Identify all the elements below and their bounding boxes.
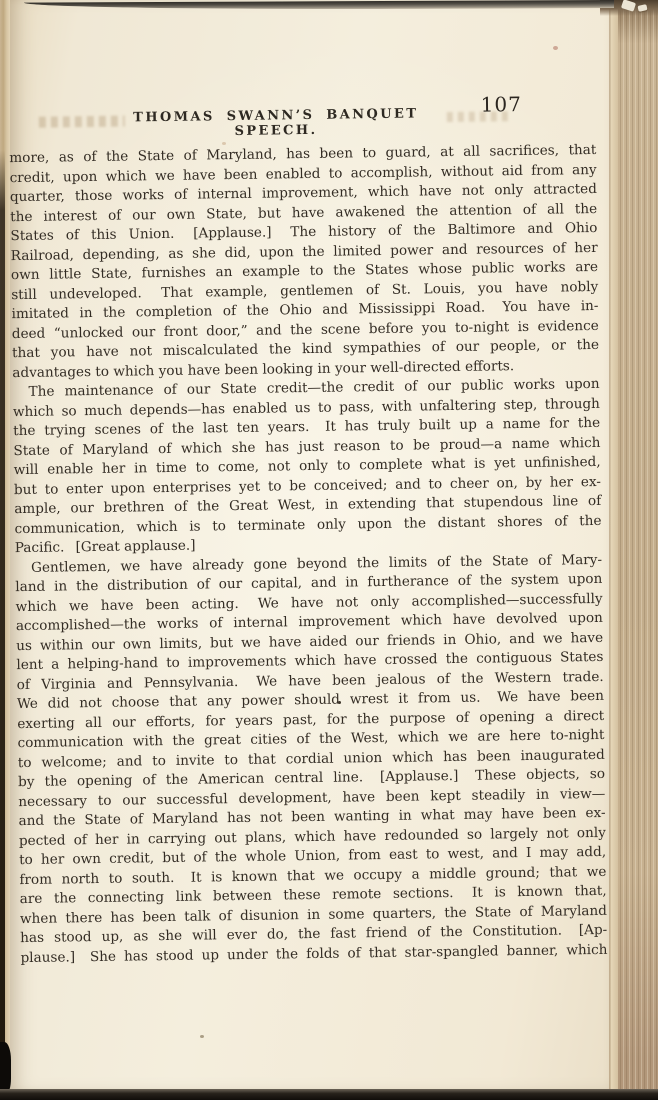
foxing-spot (200, 1035, 204, 1038)
running-head: THOMAS SWANN’S BANQUET SPEECH. (100, 106, 452, 141)
page-number: 107 (480, 92, 522, 117)
foxing-spot (222, 142, 226, 145)
binding-shadow (0, 150, 5, 1100)
book-bottom-edge (0, 1089, 658, 1100)
page: THOMAS SWANN’S BANQUET SPEECH. 107 more,… (10, 0, 614, 1090)
foxing-spot (553, 46, 558, 50)
book-scan: THOMAS SWANN’S BANQUET SPEECH. 107 more,… (0, 0, 658, 1100)
page-edge-highlight (609, 0, 618, 1091)
text-body: more, as of the State of Maryland, has b… (9, 141, 607, 968)
page-content: THOMAS SWANN’S BANQUET SPEECH. 107 more,… (2, 0, 621, 1094)
binding-shadow-blob (0, 1042, 11, 1094)
foxing-spot (338, 701, 341, 704)
page-edges-right (614, 0, 658, 1091)
